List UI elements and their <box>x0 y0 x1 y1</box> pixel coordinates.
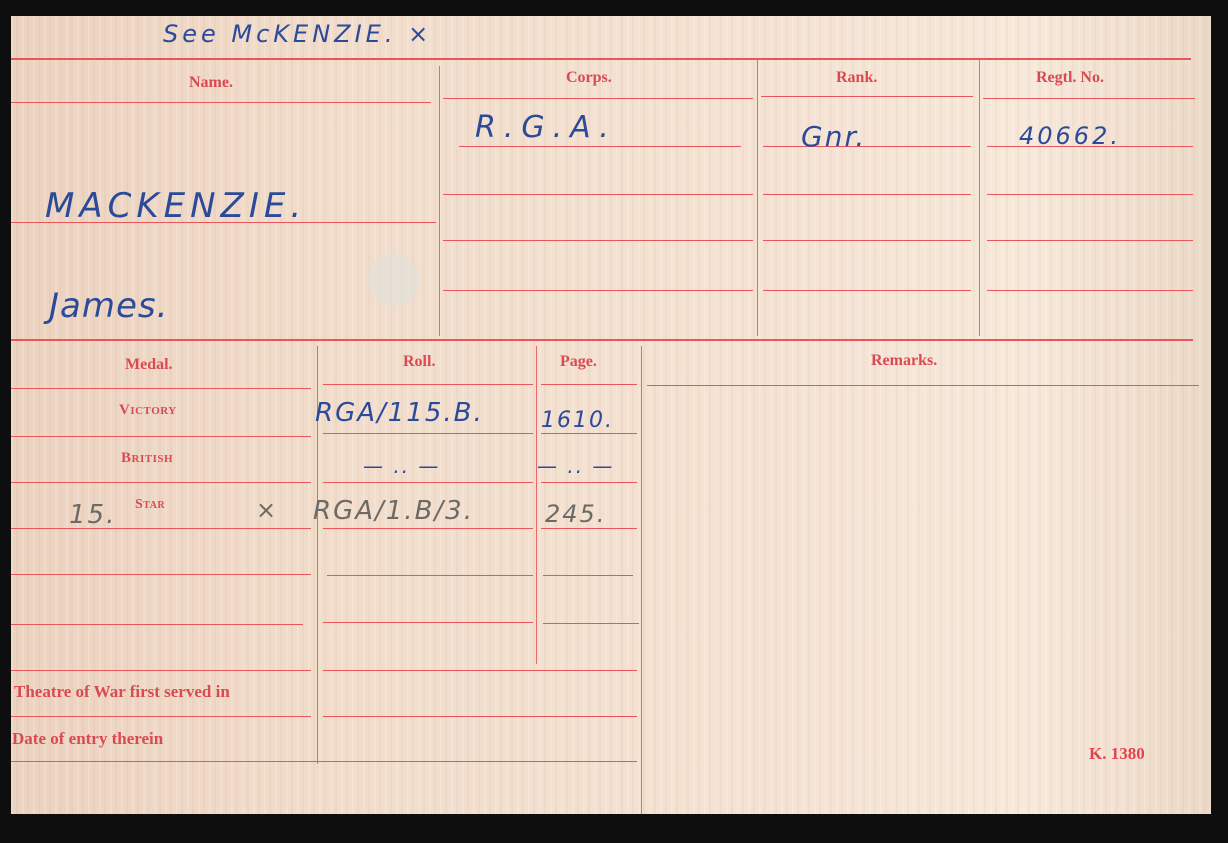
medal-index-card: See McKENZIE. × Name. Corps. Rank. Regtl… <box>11 16 1211 814</box>
rule <box>541 433 637 434</box>
rule <box>11 528 311 529</box>
divider <box>439 66 440 336</box>
rule <box>761 96 973 97</box>
watermark-stamp <box>367 254 419 306</box>
rule <box>443 240 753 241</box>
rule <box>323 384 533 385</box>
regtl-no-label: Regtl. No. <box>1036 69 1104 87</box>
rank-label: Rank. <box>836 69 877 87</box>
rule <box>443 98 753 99</box>
rule <box>11 574 311 575</box>
rule <box>763 194 971 195</box>
page-value: — .. — <box>537 454 614 478</box>
divider <box>641 346 642 814</box>
star-prefix: 15. <box>69 500 116 530</box>
rule <box>323 482 533 483</box>
remarks-header: Remarks. <box>871 352 937 370</box>
corps-label: Corps. <box>566 69 612 87</box>
rule <box>763 290 971 291</box>
rule <box>327 575 533 576</box>
rule <box>323 670 637 671</box>
rule <box>323 528 533 529</box>
rule <box>763 146 971 147</box>
rule <box>647 385 1199 386</box>
medal-name: Victory <box>119 402 177 419</box>
rule <box>11 482 311 483</box>
rule <box>543 623 639 624</box>
rule <box>987 194 1193 195</box>
roll-header: Roll. <box>403 353 435 371</box>
page-header: Page. <box>560 353 597 371</box>
corps-value: R.G.A. <box>475 110 617 145</box>
rule <box>541 482 637 483</box>
rule <box>11 102 431 103</box>
page-value: 1610. <box>541 408 614 433</box>
divider <box>536 346 537 664</box>
rule <box>459 146 741 147</box>
rule <box>323 622 533 623</box>
rank-value: Gnr. <box>801 120 866 153</box>
divider <box>979 60 980 336</box>
divider <box>757 60 758 336</box>
rule <box>541 528 637 529</box>
surname-value: MACKENZIE. <box>45 186 306 226</box>
forename-value: James. <box>49 286 168 326</box>
rule <box>443 290 753 291</box>
roll-value: — .. — <box>363 454 440 478</box>
rule <box>763 240 971 241</box>
name-label: Name. <box>189 74 233 92</box>
date-of-entry-label: Date of entry therein <box>12 729 163 749</box>
roll-value: RGA/115.B. <box>315 398 484 428</box>
medal-name: British <box>121 450 173 467</box>
medal-name: Star <box>135 497 165 513</box>
form-number: K. 1380 <box>1089 744 1145 764</box>
section-rule <box>11 339 1193 341</box>
regtl-no-value: 40662. <box>1019 122 1121 150</box>
rule <box>983 98 1195 99</box>
theatre-of-war-label: Theatre of War first served in <box>14 682 230 702</box>
page-value: 245. <box>545 500 606 528</box>
rule <box>323 716 637 717</box>
rule <box>11 388 311 389</box>
rule <box>11 670 311 671</box>
rule <box>11 716 311 717</box>
medal-header: Medal. <box>125 356 173 374</box>
rule <box>11 436 311 437</box>
rule <box>11 761 637 762</box>
rule <box>987 290 1193 291</box>
rule <box>543 575 633 576</box>
rule <box>541 384 637 385</box>
rule <box>443 194 753 195</box>
rule <box>11 624 303 625</box>
cross-mark: × <box>256 496 278 524</box>
cross-reference-note: See McKENZIE. × <box>163 20 432 48</box>
rule <box>987 240 1193 241</box>
roll-value: RGA/1.B/3. <box>313 496 474 526</box>
rule <box>323 433 533 434</box>
top-rule <box>11 58 1191 60</box>
